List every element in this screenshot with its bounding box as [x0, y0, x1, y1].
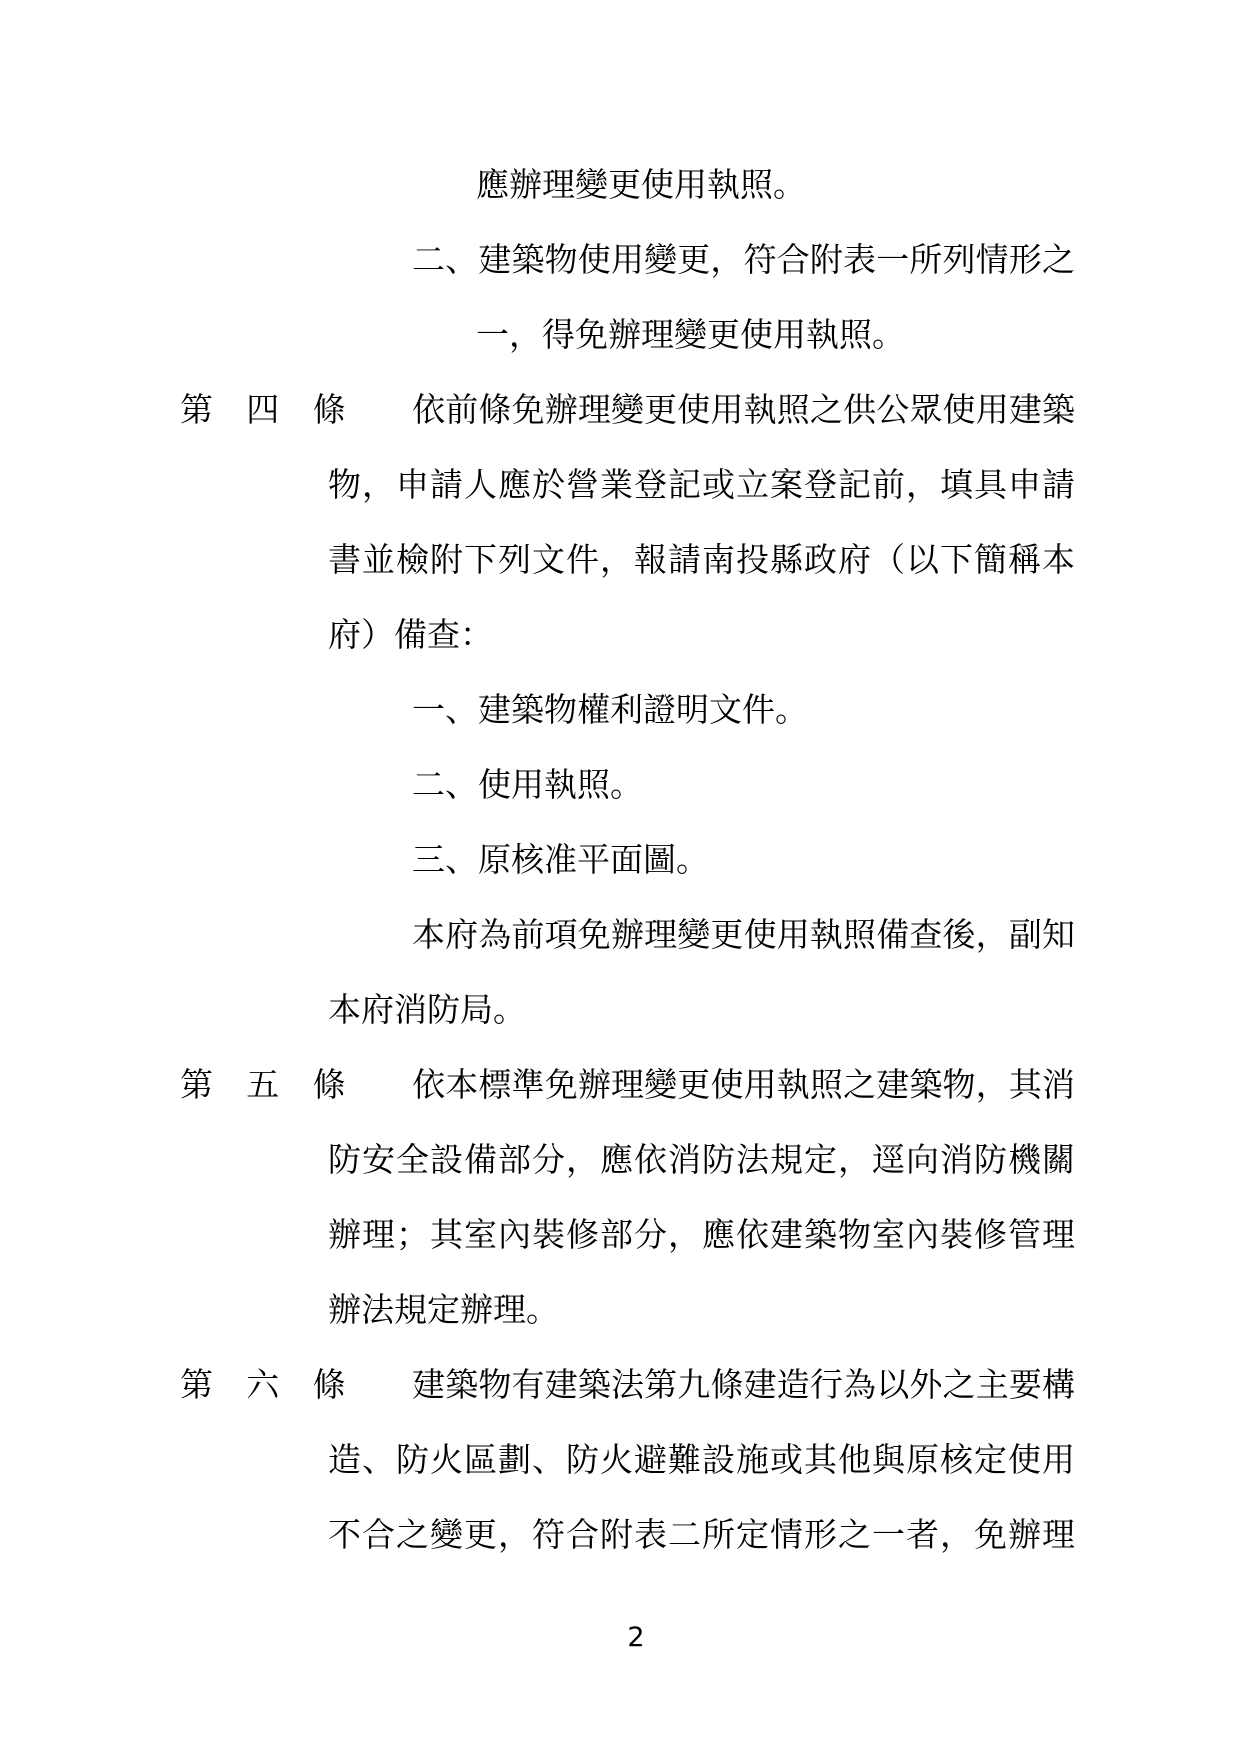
- text-line: 三、原核准平面圖。: [412, 840, 1075, 880]
- text-line: 第 五 條 依本標準免辦理變更使用執照之建築物，其消: [180, 1065, 1075, 1105]
- text-line: 書並檢附下列文件，報請南投縣政府（以下簡稱本: [328, 540, 1075, 580]
- text-line: 二、建築物使用變更，符合附表一所列情形之: [412, 240, 1075, 280]
- text-line: 造、防火區劃、防火避難設施或其他與原核定使用: [328, 1440, 1075, 1480]
- text-line: 二、使用執照。: [412, 765, 1075, 805]
- text-line: 一，得免辦理變更使用執照。: [476, 315, 1075, 355]
- document-page: 應辦理變更使用執照。二、建築物使用變更，符合附表一所列情形之一，得免辦理變更使用…: [0, 0, 1241, 1755]
- text-line: 本府為前項免辦理變更使用執照備查後，副知: [412, 915, 1075, 955]
- text-line: 辦法規定辦理。: [328, 1290, 1075, 1330]
- text-line: 應辦理變更使用執照。: [476, 165, 1075, 205]
- text-line: 防安全設備部分，應依消防法規定，逕向消防機關: [328, 1140, 1075, 1180]
- text-lines: 應辦理變更使用執照。二、建築物使用變更，符合附表一所列情形之一，得免辦理變更使用…: [0, 0, 1241, 1755]
- text-line: 物，申請人應於營業登記或立案登記前，填具申請: [328, 465, 1075, 505]
- text-line: 一、建築物權利證明文件。: [412, 690, 1075, 730]
- text-line: 府）備查：: [328, 615, 1075, 655]
- text-line: 辦理；其室內裝修部分，應依建築物室內裝修管理: [328, 1215, 1075, 1255]
- page-number: 2: [0, 1622, 1241, 1654]
- text-line: 不合之變更，符合附表二所定情形之一者，免辦理: [328, 1515, 1075, 1555]
- text-line: 本府消防局。: [328, 990, 1075, 1030]
- text-line: 第 六 條 建築物有建築法第九條建造行為以外之主要構: [180, 1365, 1075, 1405]
- text-line: 第 四 條 依前條免辦理變更使用執照之供公眾使用建築: [180, 390, 1075, 430]
